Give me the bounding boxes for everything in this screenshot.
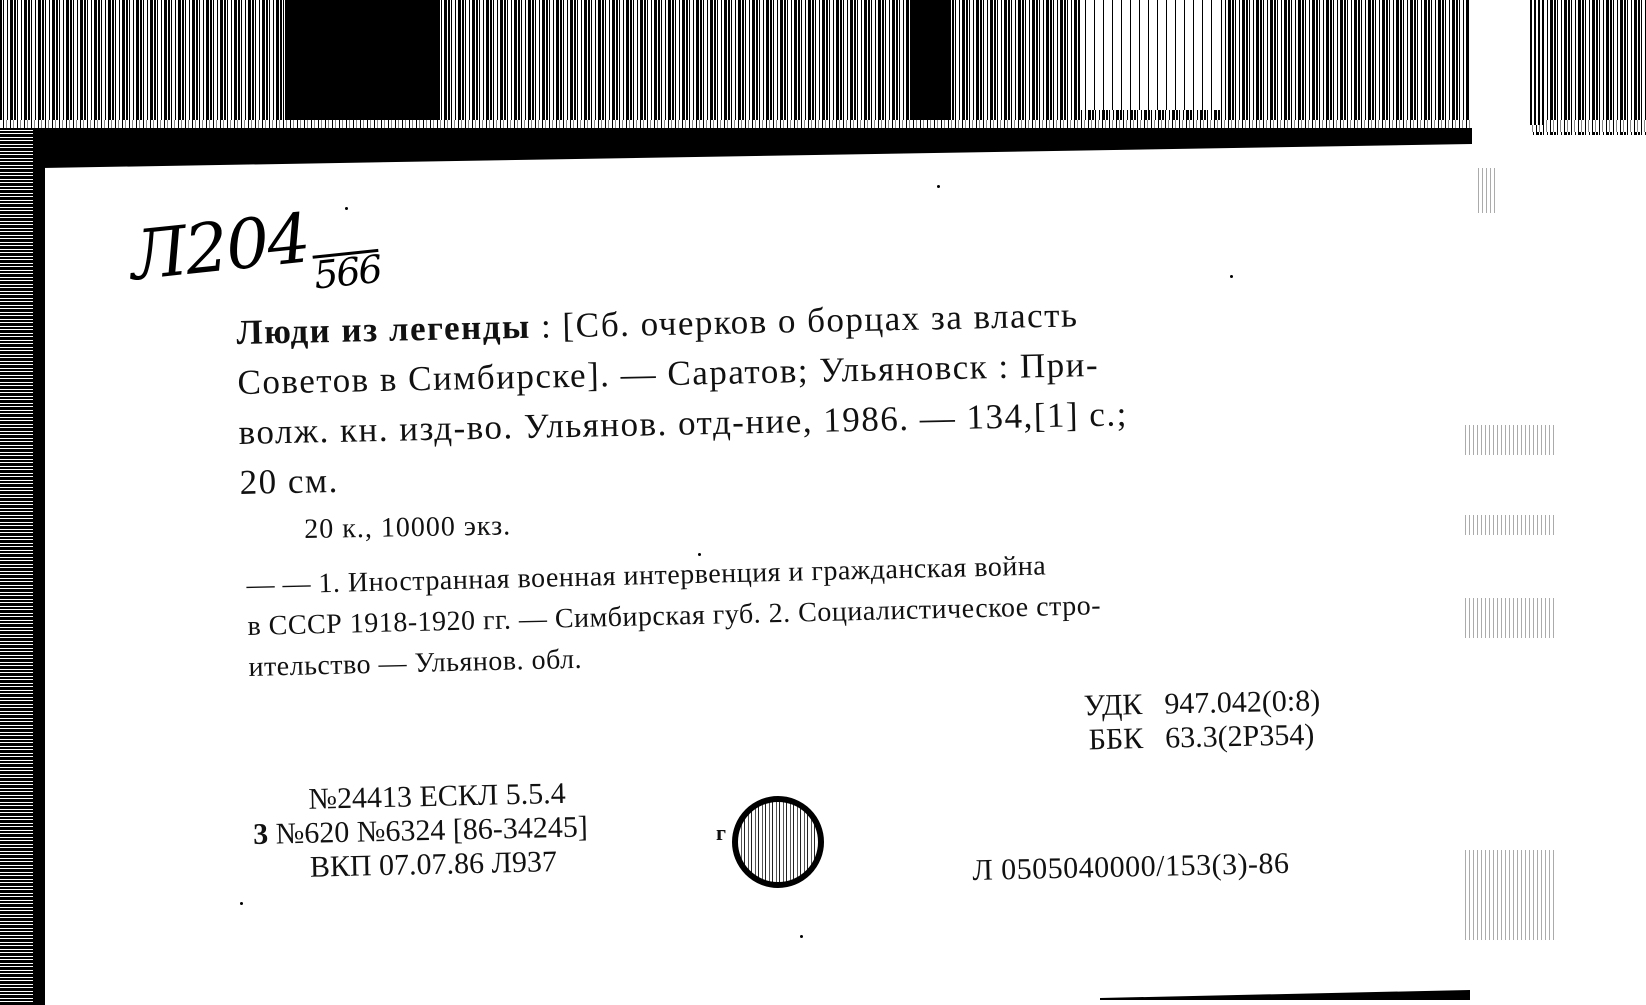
dust-speck bbox=[1230, 275, 1233, 278]
print-prefix: 3 bbox=[253, 818, 269, 851]
classification-codes: УДК 947.042(0:8) ББК 63.3(2Р354) bbox=[1058, 684, 1321, 758]
scan-gap bbox=[1470, 0, 1530, 135]
scan-noise-speck bbox=[1478, 168, 1498, 213]
price-and-print-run: 20 к., 10000 экз. bbox=[304, 510, 511, 546]
scan-noise-speck bbox=[1465, 425, 1555, 455]
scan-noise-top bbox=[0, 0, 1646, 135]
dust-speck bbox=[800, 935, 803, 938]
bbk-row: ББК 63.3(2Р354) bbox=[1059, 718, 1322, 758]
print-info: №24413 ЕСКЛ 5.5.4 3 №620 №6324 [86-34245… bbox=[252, 776, 589, 886]
dust-speck bbox=[240, 902, 243, 905]
udc-value: 947.042(0:8) bbox=[1164, 684, 1321, 722]
udc-label: УДК bbox=[1058, 688, 1143, 724]
bibliographic-entry: Люди из легенды : [Сб. очерков о борцах … bbox=[236, 284, 1370, 508]
scan-noise-speck bbox=[1465, 515, 1555, 535]
dust-speck bbox=[937, 185, 940, 188]
punch-hole bbox=[732, 796, 824, 888]
dust-speck bbox=[698, 553, 701, 556]
scan-noise-left bbox=[0, 128, 45, 1005]
entry-text: : [Сб. очерков о борцах за власть bbox=[541, 295, 1079, 345]
catalog-number: Л 0505040000/153(3)-86 bbox=[972, 847, 1290, 888]
shelfmark-sub: 566 bbox=[312, 249, 382, 293]
book-title: Люди из легенды bbox=[236, 307, 531, 352]
stamp-mark: г bbox=[716, 820, 726, 846]
bbk-value: 63.3(2Р354) bbox=[1165, 718, 1315, 755]
scan-noise-speck bbox=[1465, 850, 1555, 940]
dust-speck bbox=[345, 207, 348, 210]
bbk-label: ББК bbox=[1059, 722, 1144, 758]
scan-noise-right bbox=[1530, 0, 1546, 125]
scan-noise-speck bbox=[1465, 598, 1555, 638]
